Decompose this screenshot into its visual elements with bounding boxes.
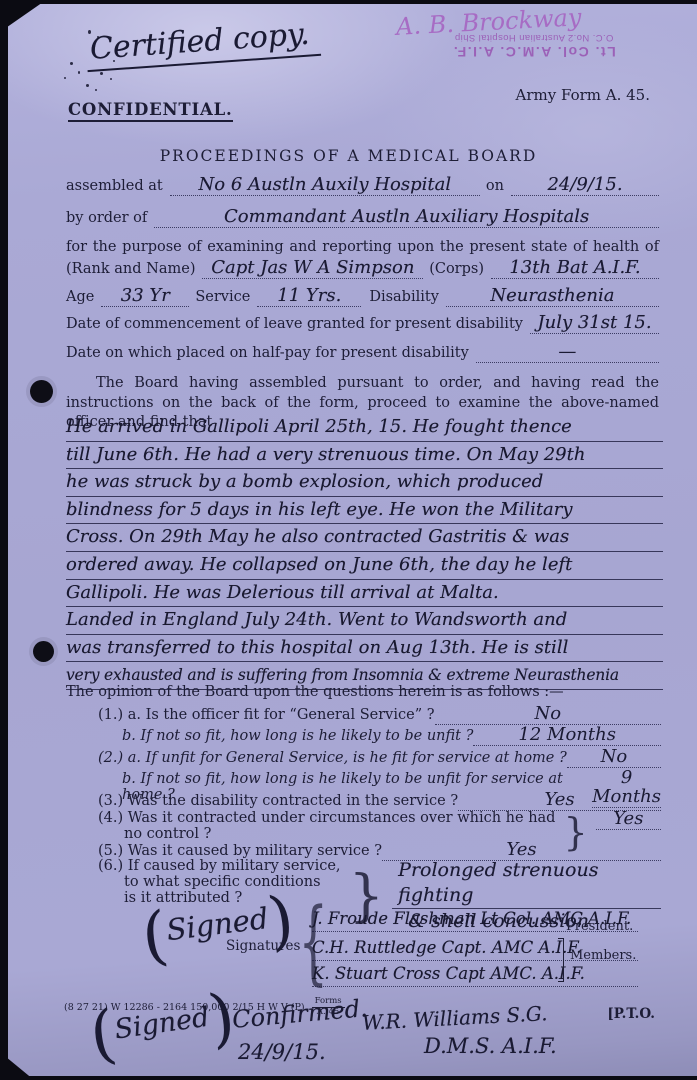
corps-value: 13th Bat A.I.F. <box>491 259 659 279</box>
question-3-label: (3.) Was the disability contracted in th… <box>98 793 458 809</box>
question-1a-answer: No <box>435 705 661 725</box>
question-3: (3.) Was the disability contracted in th… <box>98 791 661 811</box>
president-label: President. <box>566 919 633 934</box>
assembled-at-row: assembled at No 6 Austln Auxily Hospital… <box>66 176 659 196</box>
certified-copy-note: Certified copy. <box>85 16 321 72</box>
question-1b: b. If not so fit, how long is he likely … <box>98 726 661 746</box>
by-order-label: by order of <box>66 210 147 226</box>
age-service-disability-row: Age 33 Yr Service 11 Yrs. Disability Neu… <box>66 287 659 307</box>
stamp-line-1: Lt. Col. A.M.C. A.I.F. <box>424 44 644 60</box>
half-pay-label: Date on which placed on half-pay for pre… <box>66 345 469 361</box>
question-1a: (1.) a. Is the officer fit for “General … <box>98 705 661 725</box>
disability-label: Disability <box>369 289 439 305</box>
question-4-answer: Yes <box>596 810 661 830</box>
purpose-text: for the purpose of examining and reporti… <box>66 239 659 255</box>
narrative-line: blindness for 5 days in his left eye. He… <box>66 497 663 525</box>
assembled-at-label: assembled at <box>66 178 163 194</box>
on-label: on <box>486 178 504 194</box>
pto-label: [P.T.O. <box>607 1006 655 1022</box>
page-title: PROCEEDINGS OF A MEDICAL BOARD <box>0 147 697 165</box>
narrative-line: ordered away. He collapsed on June 6th, … <box>66 552 663 580</box>
confirmed-signed-annotation: (Signed) <box>87 992 238 1063</box>
by-order-row: by order of Commandant Austln Auxiliary … <box>66 208 659 228</box>
rank-name-value: Capt Jas W A Simpson <box>202 259 423 279</box>
dms-role: D.M.S. A.I.F. <box>424 1034 557 1058</box>
question-4-label-line2: no control ? <box>98 826 555 842</box>
question-2a: (2.) a. If unfit for General Service, is… <box>98 748 661 768</box>
leave-value: July 31st 15. <box>530 314 659 334</box>
question-6-label-line1: (6.) If caused by military service, <box>98 858 341 874</box>
question-2a-answer: No <box>567 748 661 768</box>
question-1b-answer: 12 Months <box>473 726 661 746</box>
opinion-intro: The opinion of the Board upon the questi… <box>66 684 564 700</box>
member-signature: K. Stuart Cross Capt AMC. A.I.F. <box>312 961 638 987</box>
question-6-answer-line1: Prolonged strenuous fighting <box>392 858 661 909</box>
narrative-line: till June 6th. He had a very strenuous t… <box>66 442 663 470</box>
service-value: 11 Yrs. <box>257 287 361 307</box>
narrative-line: Landed in England July 24th. Went to Wan… <box>66 607 663 635</box>
narrative-line: Cross. On 29th May he also contracted Ga… <box>66 524 663 552</box>
leave-label: Date of commencement of leave granted fo… <box>66 316 523 332</box>
punch-hole <box>30 380 53 403</box>
age-label: Age <box>66 289 94 305</box>
narrative-line: he was struck by a bomb explosion, which… <box>66 469 663 497</box>
rank-name-label: (Rank and Name) <box>66 261 195 277</box>
disability-value: Neurasthenia <box>446 287 659 307</box>
punch-hole <box>33 641 54 662</box>
assembled-on-date: 24/9/15. <box>511 176 659 196</box>
stamp-line-2: O.C. No.2 Australian Hospital Ship <box>424 32 644 43</box>
leave-date-row: Date of commencement of leave granted fo… <box>66 314 659 334</box>
question-1b-label: b. If not so fit, how long is he likely … <box>122 728 473 744</box>
half-pay-value: — <box>476 343 659 363</box>
question-4-label-line1: (4.) Was it contracted under circumstanc… <box>98 810 555 826</box>
signatures-label: Signatures <box>226 938 300 954</box>
scanned-medical-board-form: Certified copy. A. B. Brockway Lt. Col. … <box>0 0 697 1080</box>
members-label: Members. <box>570 948 636 963</box>
narrative-line: Gallipoli. He was Delerious till arrival… <box>66 580 663 608</box>
age-value: 33 Yr <box>101 287 189 307</box>
dms-signature: W.R. Williams S.G. <box>361 1001 547 1035</box>
question-2a-label: (2.) a. If unfit for General Service, is… <box>98 750 567 766</box>
question-5-label: (5.) Was it caused by military service ? <box>98 843 382 859</box>
scan-edge-top <box>0 0 697 4</box>
signed-word: Signed <box>113 1002 211 1046</box>
by-order-value: Commandant Austln Auxiliary Hospitals <box>154 208 659 228</box>
medical-findings-narrative: He arrived in Gallipoli April 25th, 15. … <box>66 414 663 690</box>
half-pay-row: Date on which placed on half-pay for pre… <box>66 343 659 363</box>
scan-edge-bottom <box>0 1076 697 1080</box>
narrative-line: was transferred to this hospital on Aug … <box>66 635 663 663</box>
members-bracket <box>558 938 564 982</box>
army-form-number: Army Form A. 45. <box>516 86 650 104</box>
rank-name-row: (Rank and Name) Capt Jas W A Simpson (Co… <box>66 259 659 279</box>
confidential-heading: CONFIDENTIAL. <box>68 100 233 122</box>
corps-label: (Corps) <box>429 261 484 277</box>
service-label: Service <box>195 289 250 305</box>
assembled-at-value: No 6 Austln Auxily Hospital <box>170 176 480 196</box>
confirmed-date: 24/9/15. <box>238 1040 326 1064</box>
hospital-ship-stamp: Lt. Col. A.M.C. A.I.F. O.C. No.2 Austral… <box>424 32 644 60</box>
question-1a-label: (1.) a. Is the officer fit for “General … <box>98 707 435 723</box>
narrative-line: He arrived in Gallipoli April 25th, 15. … <box>66 414 663 442</box>
